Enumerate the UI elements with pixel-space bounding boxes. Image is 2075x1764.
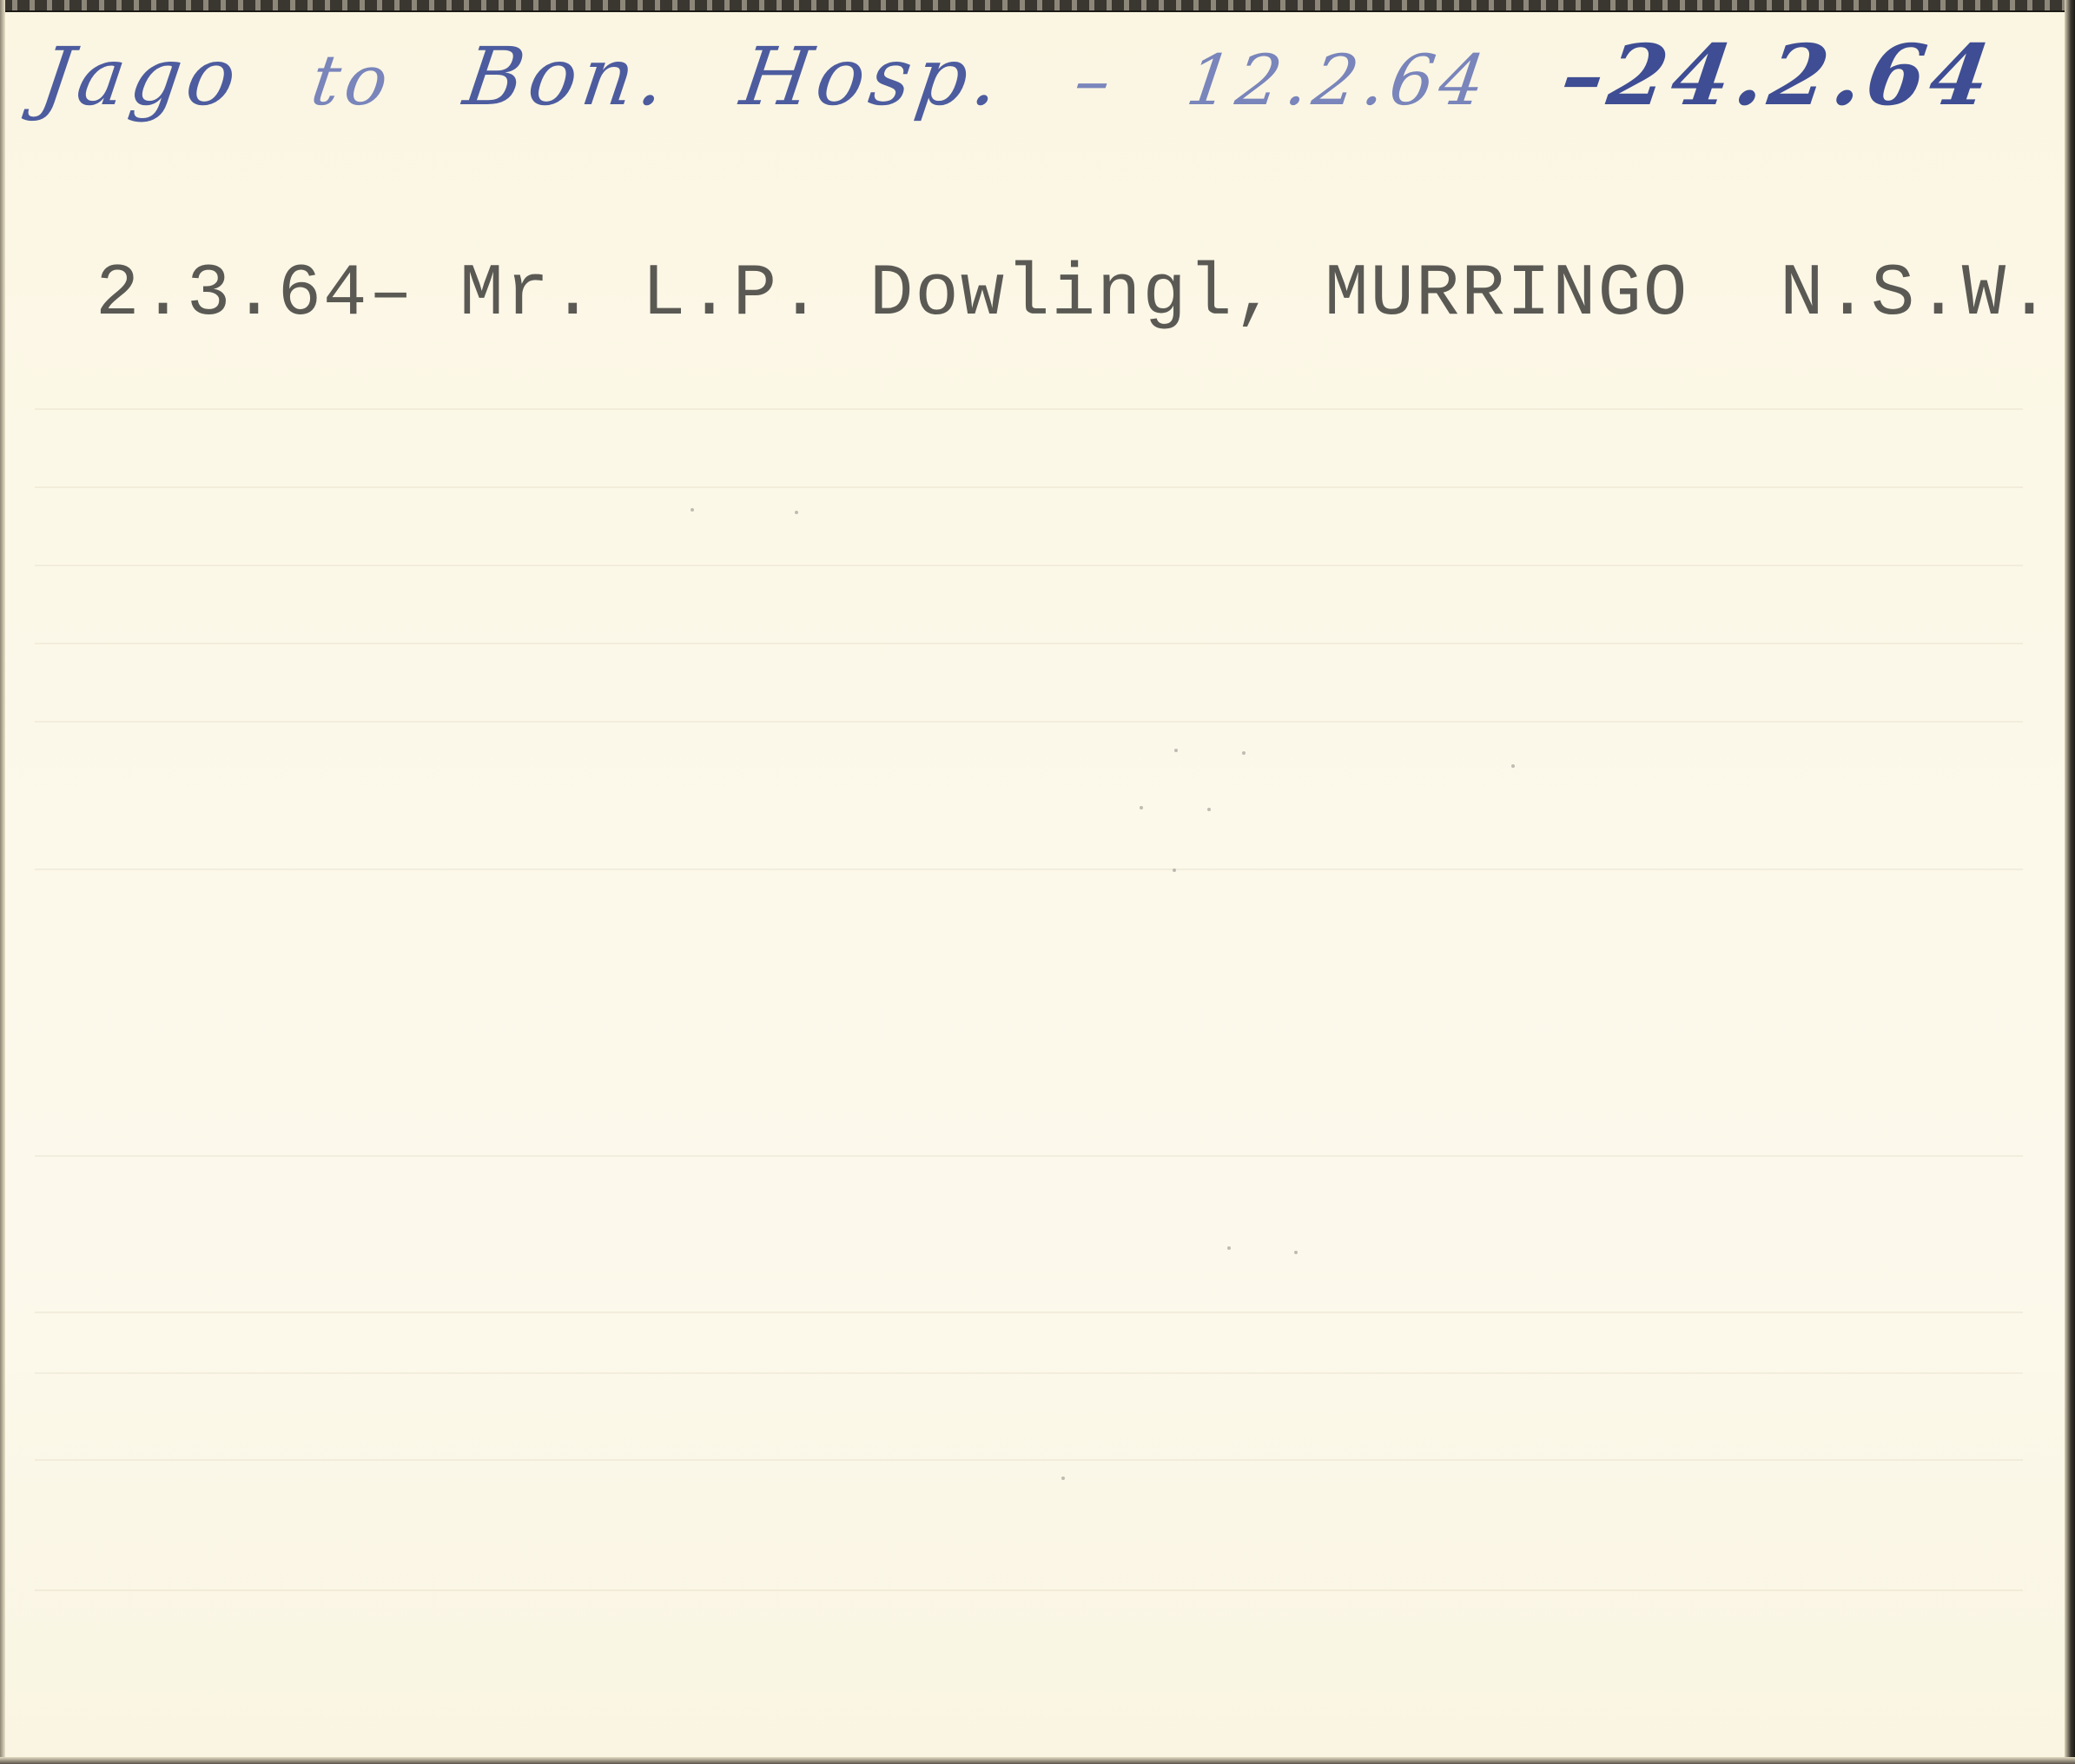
show-through-line (35, 408, 2023, 410)
handwritten-word: Bon. (459, 30, 677, 123)
show-through-line (35, 1589, 2023, 1591)
handwritten-word: to (307, 40, 398, 121)
show-through-line (35, 1459, 2023, 1461)
ink-speck (1242, 751, 1246, 755)
ink-speck (1511, 764, 1515, 768)
handwritten-date-to: –24.2.64 (1556, 26, 2001, 124)
ink-speck (1207, 808, 1211, 811)
handwritten-word: Hosp. (736, 30, 1010, 123)
show-through-line (35, 486, 2023, 488)
typed-date: 2.3.64– (96, 254, 414, 336)
ink-speck (1061, 1477, 1065, 1480)
ink-speck (691, 508, 694, 512)
typed-entry: 2.3.64– Mr. L.P. Dowlingl, MURRINGO N.S.… (96, 254, 2053, 336)
show-through-line (35, 1311, 2023, 1313)
show-through-line (35, 721, 2023, 723)
typed-name: Mr. L.P. Dowlingl, (459, 254, 1279, 336)
show-through-line (35, 1372, 2023, 1374)
handwritten-word: Jago (34, 30, 247, 123)
show-through-line (35, 643, 2023, 644)
handwritten-dash: – (1069, 40, 1120, 121)
show-through-line (35, 869, 2023, 870)
card-bottom-edge (0, 1757, 2075, 1764)
show-through-line (35, 565, 2023, 566)
typed-state: N.S.W. (1780, 254, 2052, 336)
ink-speck (795, 511, 798, 514)
card-right-edge (2065, 0, 2075, 1764)
ink-speck (1294, 1251, 1298, 1254)
handwritten-date-from: 12.2.64 (1182, 40, 1495, 121)
typed-place: MURRINGO (1325, 254, 1688, 336)
card-top-edge (0, 0, 2075, 12)
handwritten-note: Jago to Bon. Hosp. – 12.2.64 –24.2.64 (34, 26, 2042, 124)
ink-speck (1140, 806, 1143, 809)
ink-speck (1174, 749, 1178, 752)
show-through-line (35, 1155, 2023, 1157)
index-card: Jago to Bon. Hosp. – 12.2.64 –24.2.64 2.… (0, 0, 2075, 1764)
ink-speck (1173, 869, 1176, 872)
card-left-edge (0, 0, 5, 1764)
ink-speck (1227, 1246, 1231, 1250)
